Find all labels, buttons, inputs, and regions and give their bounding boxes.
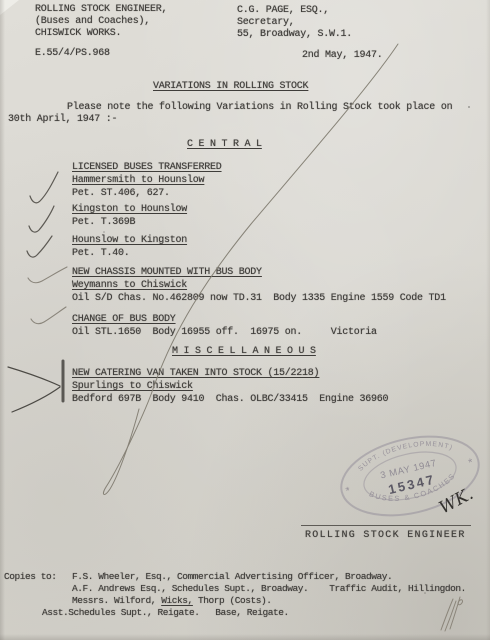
stamp-serial-number: 15347 — [387, 472, 437, 497]
stamp-star-right: * — [467, 457, 475, 470]
copies-line3-post: Thorp (Costs). — [193, 595, 272, 606]
copies-line3-wicks: Wicks, — [161, 595, 193, 606]
new-chassis-detail: Oil S/D Chas. No.462809 now TD.31 Body 1… — [72, 292, 446, 305]
transfer3-route: Hounslow to Kingston — [72, 234, 187, 247]
signatory-title: ROLLING STOCK ENGINEER — [305, 529, 466, 542]
catering-van-route: Spurlings to Chiswick — [72, 380, 193, 393]
catering-van-detail: Bedford 697B Body 9410 Chas. OLBC/33415 … — [72, 393, 388, 406]
stamp-arc-top-text: SUPT. (DEVELOPMENT) — [354, 433, 455, 474]
copies-line-4: Asst.Schedules Supt., Reigate. Base, Rei… — [42, 607, 289, 619]
transfer1-detail: Pet. ST.406, 627. — [72, 187, 170, 200]
copies-label: Copies to: — [4, 571, 57, 583]
section-heading-miscellaneous: M I S C E L L A N E O U S — [172, 345, 316, 358]
scan-edge-right — [486, 0, 490, 640]
margin-checkmarks — [27, 172, 67, 324]
checkmark-transfer1 — [30, 172, 58, 203]
document-title: VARIATIONS IN ROLLING STOCK — [153, 80, 308, 93]
licensed-buses-title: LICENSED BUSES TRANSFERRED — [72, 161, 222, 174]
date-stamp: SUPT. (DEVELOPMENT) BUSES & COACHES * * … — [333, 424, 486, 528]
copies-line3-pre: Messrs. Wilford, — [72, 595, 161, 606]
copies-line-1: F.S. Wheeler, Esq., Commercial Advertisi… — [72, 571, 392, 583]
copies-line-3: Messrs. Wilford, Wicks, Thorp (Costs). — [72, 595, 272, 607]
change-body-title: CHANGE OF BUS BODY — [72, 313, 176, 326]
copies-line-2: A.F. Andrews Esq., Schedules Supt., Broa… — [72, 583, 466, 595]
signature-rule — [301, 525, 471, 526]
stamp-star-left: * — [345, 485, 353, 498]
sender-line-3: CHISWICK WORKS. — [35, 27, 121, 40]
scanned-memo-page: ROLLING STOCK ENGINEER, (Buses and Coach… — [0, 0, 490, 640]
transfer2-route: Kingston to Hounslow — [72, 203, 187, 216]
change-body-detail: Oil STL.1650 Body 16955 off. 16975 on. V… — [72, 326, 377, 339]
intro-line-2: 30th April, 1947 :- — [8, 113, 117, 126]
stamp-outer-ring — [333, 424, 486, 528]
stamp-date-text: 3 MAY 1947 — [379, 458, 437, 482]
transfer2-detail: Pet. T.369B — [72, 216, 135, 229]
catering-van-title: NEW CATERING VAN TAKEN INTO STOCK (15/22… — [72, 367, 319, 380]
handwritten-initials-wk: WK. — [436, 484, 477, 518]
stamp-inner-ring — [359, 444, 460, 508]
recipient-line-3: 55, Broadway, S.W.1. — [237, 28, 352, 41]
scan-edge-left — [0, 0, 5, 640]
checkmark-new-chassis — [28, 267, 67, 283]
new-chassis-route: Weymanns to Chiswick — [72, 279, 187, 292]
margin-brace — [8, 361, 63, 412]
section-heading-central: C E N T R A L — [187, 138, 262, 151]
letter-date: 2nd May, 1947. — [302, 49, 383, 62]
pencil-initials — [441, 597, 462, 631]
transfer3-detail: Pet. T.40. — [72, 247, 130, 260]
stamp-arc-bottom-text: BUSES & COACHES — [366, 470, 460, 511]
intro-line-1: Please note the following Variations in … — [67, 101, 452, 114]
checkmark-transfer3 — [27, 236, 52, 257]
checkmark-change-body — [31, 307, 66, 324]
reference-number: E.55/4/PS.968 — [35, 47, 110, 60]
transfer1-route: Hammersmith to Hounslow — [72, 174, 204, 187]
checkmark-transfer2 — [29, 206, 54, 232]
new-chassis-title: NEW CHASSIS MOUNTED WITH BUS BODY — [72, 266, 262, 279]
scan-edge-bottom — [0, 634, 490, 640]
